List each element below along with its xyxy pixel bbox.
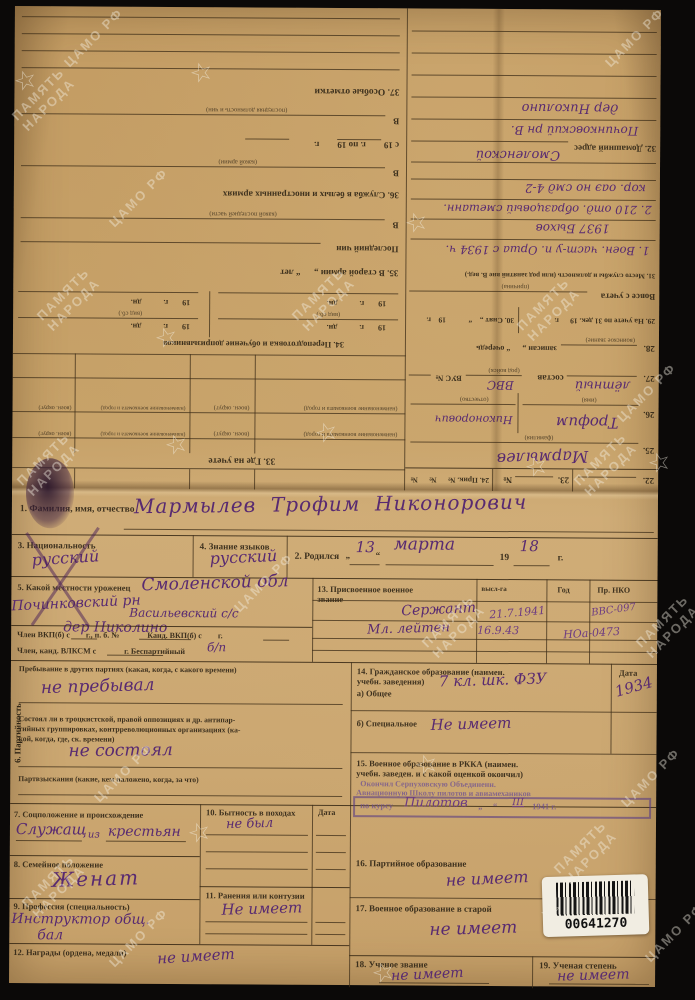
opposition-label-1: Состоял ли в троцкистской, правой оппози… bbox=[19, 714, 236, 724]
section-border bbox=[9, 943, 349, 946]
scanned-document-photo: 22. 23. № 24. Прик. № № № 25. Мармылев (… bbox=[0, 0, 695, 1000]
field-34-cell: 19 г. дн. bbox=[327, 323, 386, 332]
field-27-handwriting: лётный bbox=[575, 378, 631, 391]
blank-line bbox=[124, 529, 654, 533]
ruled-line bbox=[411, 118, 656, 120]
field-32-line3: дер Николино bbox=[522, 101, 619, 115]
stamp-year: 1941 г. bbox=[532, 801, 556, 811]
ruled-line bbox=[411, 96, 656, 98]
field-11-handwriting: Не имеет bbox=[221, 900, 302, 917]
field-33-caption-district: (воен. округ) bbox=[38, 404, 71, 410]
quote-open: „ bbox=[346, 550, 351, 560]
cell-divider bbox=[518, 307, 519, 333]
rank1-order-handwriting: ВВС-097 bbox=[591, 603, 637, 619]
blank-line bbox=[523, 404, 639, 406]
section-border bbox=[10, 855, 200, 857]
field-16-handwriting: не имеет bbox=[445, 869, 528, 889]
record-card-paper: 22. 23. № 24. Прик. № № № 25. Мармылев (… bbox=[9, 6, 661, 987]
blank-line bbox=[386, 564, 494, 566]
field-26-name-caption: (имя) bbox=[582, 397, 597, 404]
field-14a-date-handwriting: 1934 bbox=[614, 675, 655, 700]
field-9-handwriting1: Инструктор общ. bbox=[11, 912, 150, 927]
opposition-handwriting: не состоял bbox=[68, 742, 173, 760]
field-4-handwriting: русский bbox=[209, 548, 277, 567]
field-2-month-handwriting: марта bbox=[394, 536, 455, 553]
field-16-label: 16. Партийное образование bbox=[356, 858, 467, 869]
field-7-handwriting1: Служащ bbox=[16, 822, 87, 837]
underline bbox=[16, 840, 82, 841]
ruled-line bbox=[411, 140, 568, 142]
ruled-line bbox=[206, 868, 308, 870]
field-36-v: В bbox=[393, 168, 399, 178]
ruled-line bbox=[18, 317, 198, 319]
field-36-position-caption: (последняя должность и чин) bbox=[206, 106, 287, 113]
field-31-line2: 1937 Быхов bbox=[536, 222, 610, 234]
field-2-year-handwriting: 18 bbox=[520, 539, 539, 554]
blank-line bbox=[21, 241, 321, 244]
ruled-line bbox=[218, 292, 398, 294]
rank2-date-handwriting: 16.9.43 bbox=[477, 625, 519, 636]
field-12-handwriting: не имеет bbox=[157, 947, 235, 967]
field-36-years: с 19 г. по 19 г. bbox=[314, 140, 399, 151]
field-7-handwriting3: крестьян bbox=[108, 825, 181, 839]
blank-line bbox=[71, 638, 97, 639]
field-31-line1: 1. Воен. част-у п. Орша с 1934 ч. bbox=[445, 243, 649, 256]
section-border bbox=[349, 955, 655, 958]
field-35-label: 35. В старой армии „ “ лет bbox=[280, 268, 398, 279]
field-9-label: 9. Профессия (специальность) bbox=[13, 901, 129, 912]
ruled-line bbox=[12, 467, 405, 470]
field-28-text: записан „ “ очередь bbox=[476, 344, 557, 353]
course-handwriting: Пилотов bbox=[404, 796, 468, 809]
ruled-line bbox=[22, 33, 400, 36]
blank-line bbox=[350, 564, 380, 565]
field-14a-label: а) Общее bbox=[357, 688, 392, 698]
ruled-line bbox=[22, 67, 400, 70]
field-25-caption: (фамилия) bbox=[525, 434, 554, 441]
blank-line bbox=[107, 655, 163, 656]
field-31-line3: 2. 210 отд. образцовый смешанн. bbox=[443, 202, 652, 215]
field-15-label2: учебн. заведен. и с какой оценкой окончи… bbox=[356, 768, 523, 779]
row-border bbox=[405, 467, 658, 470]
quote-close: “ bbox=[376, 550, 381, 560]
field-7-handwriting2: из bbox=[88, 830, 100, 840]
ink-blot bbox=[26, 458, 74, 528]
field-28-caption: (воинское звание) bbox=[586, 337, 635, 344]
blank-line bbox=[515, 476, 553, 477]
section-border bbox=[12, 534, 658, 539]
ruled-line bbox=[316, 835, 346, 836]
col-year: Год bbox=[557, 585, 569, 594]
section-border bbox=[12, 576, 658, 581]
barcode-icon bbox=[556, 880, 635, 915]
field-35-v: В bbox=[393, 220, 399, 230]
field-7-label: 7. Соцположение и происхождение bbox=[14, 810, 143, 820]
field-5-line3-handwriting: Васильевский с/с bbox=[129, 607, 238, 620]
other-parties-label: Пребывание в других партиях (какая, когд… bbox=[19, 664, 237, 674]
blank-line bbox=[410, 441, 638, 443]
ruled-line bbox=[206, 834, 308, 836]
blank-line bbox=[139, 639, 191, 640]
field-14a-handwriting: 7 кл. шк. ФЗУ bbox=[439, 671, 547, 689]
table-rule bbox=[312, 620, 657, 623]
field-27-vus: ВУС № bbox=[435, 374, 461, 383]
field-32-line1: Смоленской bbox=[476, 148, 560, 162]
ruled-line bbox=[218, 318, 398, 320]
field-2-19: 19 bbox=[500, 553, 510, 563]
field-29-label: 29. На учете по 31 дек. 19 г. bbox=[554, 316, 655, 326]
ruled-line bbox=[18, 291, 198, 293]
cell-divider bbox=[193, 535, 194, 577]
field-13-label: 13. Присвоенное военное bbox=[317, 584, 413, 595]
stamp-box bbox=[353, 796, 651, 819]
table-rule bbox=[312, 600, 657, 603]
ruled-line bbox=[411, 198, 656, 200]
field-9-handwriting2: бал bbox=[37, 928, 63, 942]
ruled-line bbox=[13, 353, 406, 356]
field-17-handwriting: не имеет bbox=[429, 920, 517, 940]
reverse-side-upside-down: 22. 23. № 24. Прик. № № № 25. Мармылев (… bbox=[12, 6, 661, 492]
rank1-date-handwriting: 21.7.1941 bbox=[489, 605, 546, 621]
ruled-line bbox=[13, 377, 406, 380]
rank2-handwriting: Мл. лейтен bbox=[367, 621, 450, 636]
section-border bbox=[200, 886, 350, 888]
ruled-line bbox=[22, 16, 400, 19]
other-parties-handwriting: не пребывал bbox=[41, 677, 155, 697]
rank1-handwriting: Сержант bbox=[401, 601, 476, 618]
rank2-order-handwriting: НОа-0473 bbox=[563, 626, 620, 641]
blank-line bbox=[21, 217, 385, 220]
field-34-caption: (вид сб.) bbox=[118, 310, 142, 317]
struck-off-label: Вовсе с учета bbox=[601, 292, 656, 302]
field-37-label: 37. Особые отметки bbox=[314, 86, 399, 97]
blank-line bbox=[21, 113, 385, 116]
field-36-label: 36. Служба в белых и иностранных армиях bbox=[223, 189, 399, 200]
ruled-line bbox=[205, 921, 307, 923]
blank-line bbox=[409, 374, 431, 375]
field-17-label: 17. Военное образование в старой bbox=[355, 903, 491, 914]
blank-line bbox=[578, 476, 636, 477]
nonparty-handwriting: б/п bbox=[207, 641, 226, 653]
stamp-quotes: „ “ bbox=[478, 801, 497, 811]
field-34-cell: 19 г. дн. bbox=[327, 299, 386, 308]
field-5-line1-handwriting: Смоленской обл bbox=[141, 573, 289, 594]
blank-line bbox=[245, 138, 289, 139]
field-10-date-header: Дата bbox=[318, 808, 335, 817]
ruled-line bbox=[412, 30, 657, 32]
ruled-line bbox=[22, 50, 400, 53]
field-5-label: 5. Какой местности уроженец bbox=[17, 582, 130, 593]
field-32-line2: Починковский рн В. bbox=[511, 124, 638, 137]
field-33-label: 33. Где на учете bbox=[208, 455, 275, 465]
blank-line bbox=[514, 565, 550, 566]
course-prefix: по курсу bbox=[360, 800, 393, 810]
field-34-caption: (вид сб.) bbox=[316, 311, 340, 318]
ruled-line bbox=[411, 218, 656, 220]
ruled-line bbox=[412, 52, 657, 54]
ruled-line bbox=[18, 794, 342, 797]
underline bbox=[106, 841, 186, 842]
opposition-label-2: тийных группировках, контрреволюционных … bbox=[19, 724, 241, 734]
date-column-divider bbox=[610, 664, 612, 754]
cell-divider bbox=[532, 956, 533, 988]
field-25-handwriting: Мармылев bbox=[497, 448, 589, 467]
blank-line bbox=[263, 640, 289, 641]
struck-off-caption: (причина) bbox=[502, 283, 530, 290]
table-rule bbox=[312, 650, 657, 653]
blank-line bbox=[561, 344, 637, 345]
reverse-right-column: 33. Где на учете (наименование военкомат… bbox=[12, 6, 408, 490]
field-10-handwriting: не был bbox=[226, 817, 274, 831]
field-14-label2: учебн. заведения) bbox=[357, 676, 424, 686]
field-34-label: 34. Переподготовка и обучение допризывни… bbox=[163, 339, 344, 350]
archive-barcode-sticker: 00641270 bbox=[542, 874, 650, 937]
field-26-patronymic-caption: (отчество) bbox=[460, 396, 489, 403]
field-19-handwriting: не имеет bbox=[557, 968, 630, 984]
front-side: 1. Фамилия, имя, отчество Мармылев Трофи… bbox=[9, 488, 658, 987]
month-handwriting: III bbox=[512, 798, 524, 808]
field-34-cell: 19 г. дн. bbox=[131, 298, 190, 307]
date-column-divider bbox=[311, 805, 313, 945]
field-26-name-handwriting: Трофим bbox=[556, 414, 619, 429]
field-18-handwriting: не имеет bbox=[391, 966, 464, 983]
field-14b-label: б) Специальное bbox=[357, 718, 417, 728]
cell-divider bbox=[517, 393, 518, 433]
col-vysluga: высл-га bbox=[481, 585, 506, 593]
field-28-label: 28. bbox=[644, 344, 655, 354]
ruled-line bbox=[316, 852, 346, 853]
field-27-sostav: состав bbox=[537, 373, 563, 383]
blank-line bbox=[21, 165, 385, 168]
field-26-label: 26. bbox=[643, 410, 654, 420]
field-33-caption-commissariat: (наименование военкомата и город) bbox=[303, 431, 397, 439]
field-36-v2: В bbox=[393, 116, 399, 126]
underline bbox=[549, 983, 649, 985]
field-33-caption-commissariat: (наименование военкомата и город) bbox=[101, 405, 186, 412]
field-33-caption-commissariat: (наименование военкомата и город) bbox=[304, 405, 398, 413]
field-35-last-rank: Последний чин bbox=[336, 244, 398, 254]
ruled-line bbox=[315, 922, 345, 923]
field-36-army-caption: (какой армии) bbox=[218, 158, 257, 165]
column-divider bbox=[199, 804, 201, 944]
section-border bbox=[10, 898, 200, 900]
field-33-caption-commissariat: (наименование военкомата и город) bbox=[101, 431, 186, 438]
ruled-line bbox=[412, 74, 657, 76]
ruled-line bbox=[315, 934, 345, 935]
ruled-line bbox=[19, 702, 343, 705]
field-33-caption-district: (воен. округ) bbox=[38, 430, 71, 436]
field-31-line4: кор. оаэ но смд 4-2 bbox=[525, 182, 646, 195]
field-33-caption-district: (воен. округ) bbox=[214, 404, 250, 411]
party-penalties-label: Партвзыскания (какие, кем наложено, когд… bbox=[18, 774, 198, 784]
field-2-day-handwriting: 13 bbox=[356, 540, 375, 555]
ruled-line bbox=[205, 933, 307, 935]
field-34-cell: 19 г. дн. bbox=[131, 322, 190, 331]
barcode-number: 00641270 bbox=[543, 915, 649, 933]
field-32-label: 32. Домашний адрес bbox=[574, 143, 656, 154]
field-2-label: 2. Родился bbox=[295, 552, 340, 562]
ruled-line bbox=[206, 851, 308, 853]
vkp-line1: Член ВКП(б) с г., п. б. № Канд. ВКП(б) с… bbox=[17, 630, 223, 640]
field-8-handwriting: Женат bbox=[51, 867, 140, 890]
field-25-label: 25. bbox=[643, 446, 654, 456]
ruled-line bbox=[411, 238, 656, 240]
field-14b-handwriting: Не имеет bbox=[430, 716, 511, 733]
ruled-line bbox=[316, 869, 346, 870]
cell-divider bbox=[209, 291, 210, 337]
field-27-label: 27. bbox=[643, 374, 654, 384]
field-12-label: 12. Награды (ордена, медали) bbox=[13, 947, 126, 958]
field-33-caption-district: (воен. округ) bbox=[214, 430, 250, 437]
field-2-g: г. bbox=[558, 553, 564, 563]
col-nko-order: Пр. НКО bbox=[597, 586, 630, 595]
field-35-unit-caption: (какой последней части) bbox=[209, 210, 276, 217]
ruled-line bbox=[18, 766, 342, 769]
